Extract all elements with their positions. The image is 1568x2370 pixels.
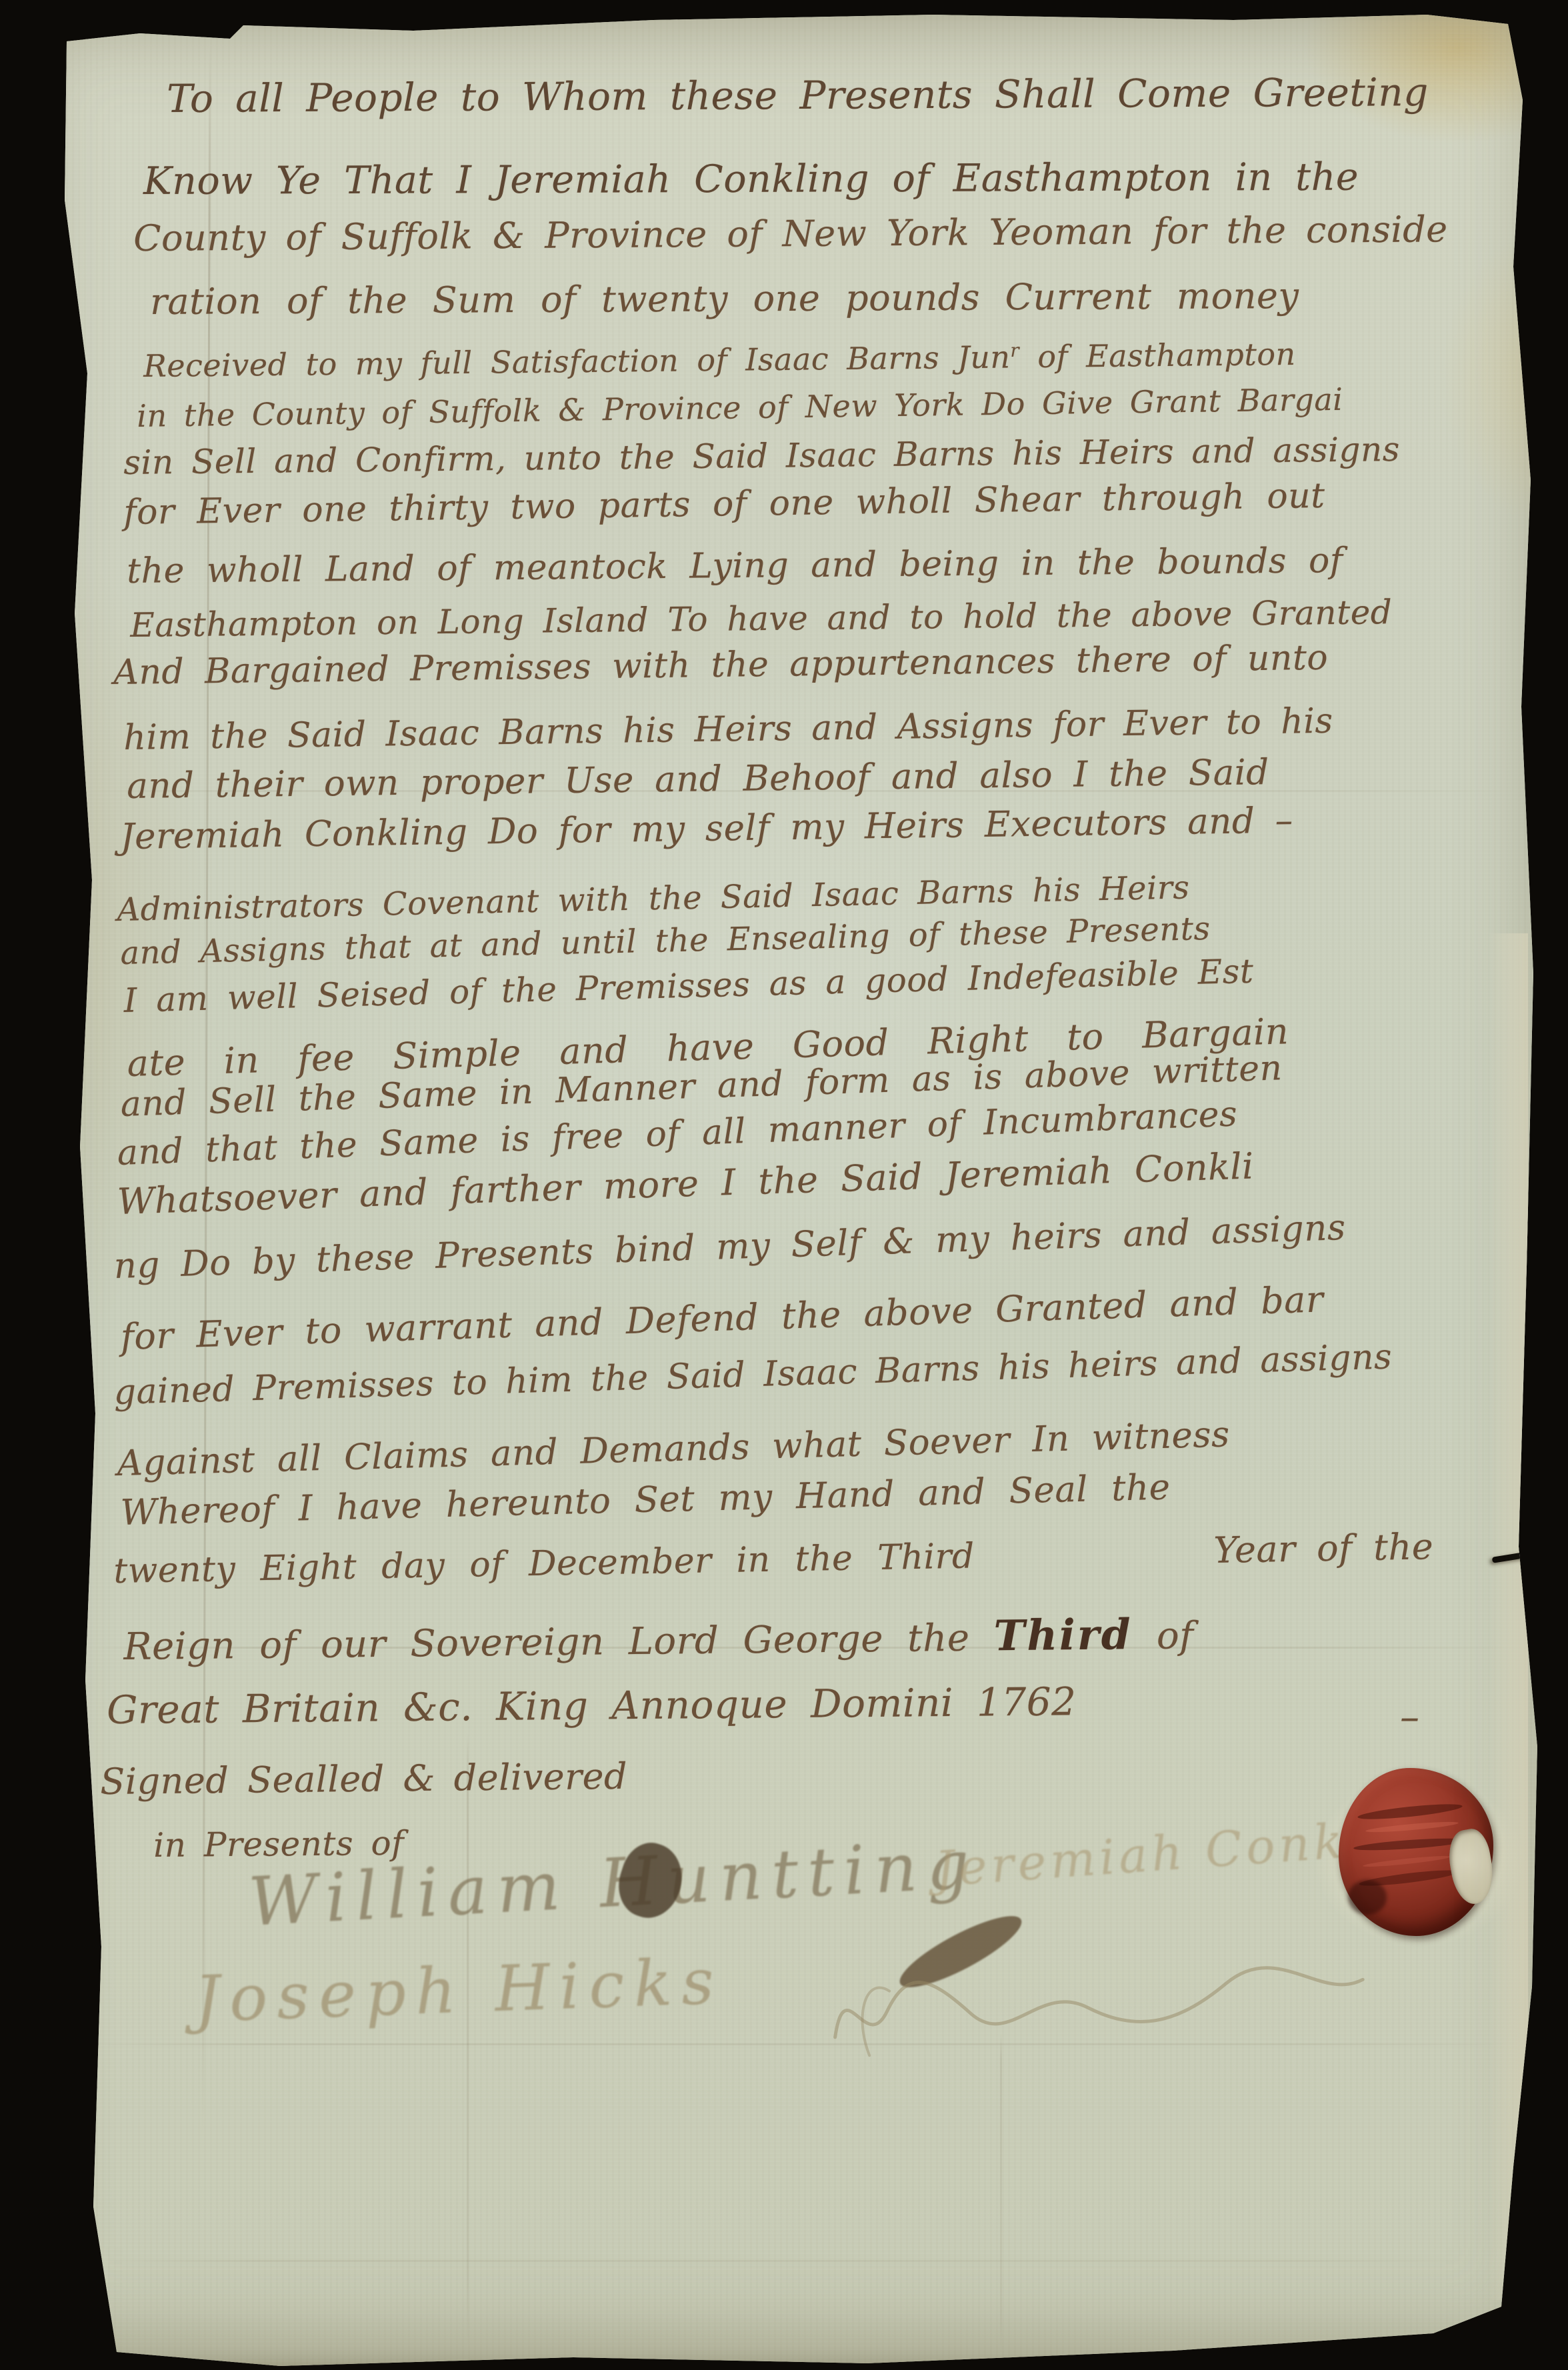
pen-mark xyxy=(73,1929,100,2004)
edge-shading xyxy=(0,0,1568,2370)
photograph-of-deed: To all People to Whom these Presents Sha… xyxy=(0,0,1568,2370)
manuscript-paper: To all People to Whom these Presents Sha… xyxy=(0,0,1568,2370)
